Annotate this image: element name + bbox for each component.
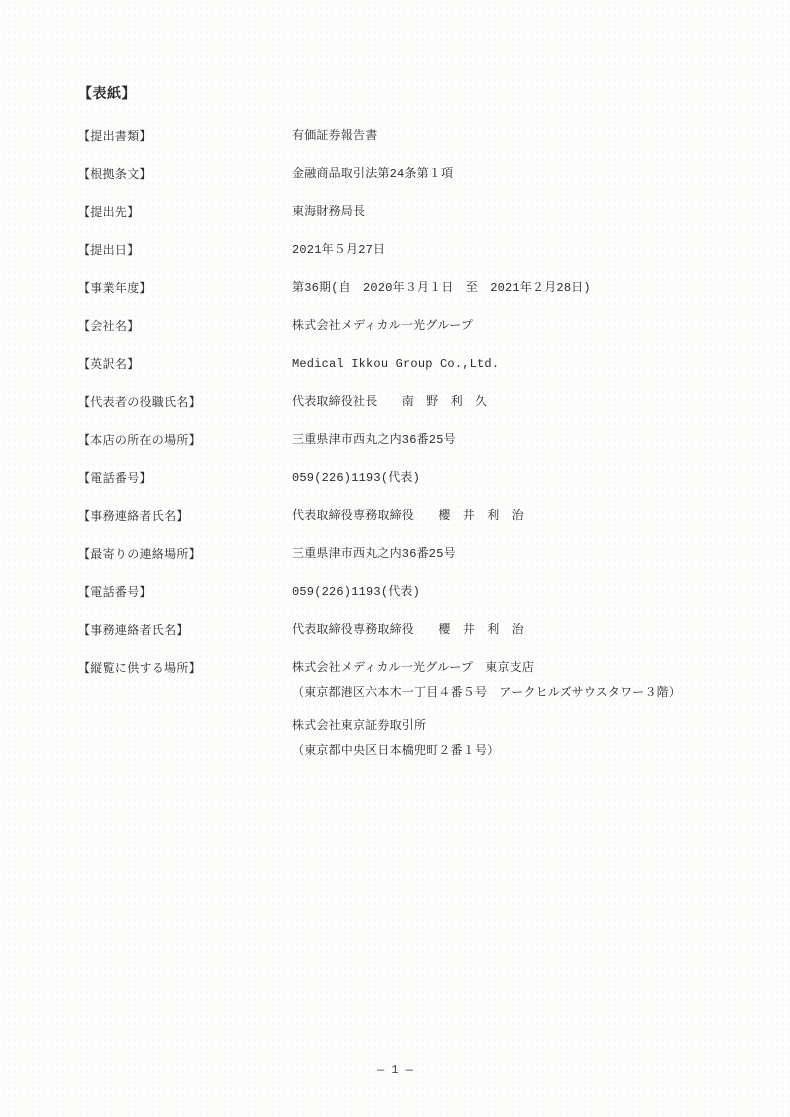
inspection-place-address: （東京都港区六本木一丁目４番５号 アークヒルズサウスタワー３階）	[292, 685, 734, 701]
field-label: 【根拠条文】	[78, 166, 292, 182]
inspection-place-tokyo-branch: 株式会社メディカル一光グループ 東京支店 （東京都港区六本木一丁目４番５号 アー…	[292, 660, 734, 701]
field-row-moyori-renraku: 【最寄りの連絡場所】 三重県津市西丸之内36番25号	[78, 546, 734, 562]
field-value: 059(226)1193(代表)	[292, 584, 734, 600]
field-value: 三重県津市西丸之内36番25号	[292, 546, 734, 562]
field-value: 代表取締役社長 南 野 利 久	[292, 394, 734, 410]
field-value-multiline: 株式会社メディカル一光グループ 東京支店 （東京都港区六本木一丁目４番５号 アー…	[292, 660, 734, 759]
field-row-denwa-bango-2: 【電話番号】 059(226)1193(代表)	[78, 584, 734, 600]
field-row-juran-basho: 【縦覧に供する場所】 株式会社メディカル一光グループ 東京支店 （東京都港区六本…	[78, 660, 734, 759]
field-label: 【提出先】	[78, 204, 292, 220]
field-value: 金融商品取引法第24条第１項	[292, 166, 734, 182]
field-row-denwa-bango-1: 【電話番号】 059(226)1193(代表)	[78, 470, 734, 486]
field-label: 【事業年度】	[78, 280, 292, 296]
field-value: 有価証券報告書	[292, 128, 734, 144]
page-number: ― 1 ―	[0, 1062, 790, 1078]
field-row-kaisha-mei: 【会社名】 株式会社メディカル一光グループ	[78, 318, 734, 334]
field-row-teishutsu-saki: 【提出先】 東海財務局長	[78, 204, 734, 220]
field-row-teishutsu-bi: 【提出日】 2021年５月27日	[78, 242, 734, 258]
field-row-jigyo-nendo: 【事業年度】 第36期(自 2020年３月１日 至 2021年２月28日)	[78, 280, 734, 296]
field-row-honten-shozai: 【本店の所在の場所】 三重県津市西丸之内36番25号	[78, 432, 734, 448]
field-row-teishutsu-shorui: 【提出書類】 有価証券報告書	[78, 128, 734, 144]
field-row-jimu-renrakusha-1: 【事務連絡者氏名】 代表取締役専務取締役 櫻 井 利 治	[78, 508, 734, 524]
field-row-daihyosha: 【代表者の役職氏名】 代表取締役社長 南 野 利 久	[78, 394, 734, 410]
field-label: 【電話番号】	[78, 470, 292, 486]
field-value: 2021年５月27日	[292, 242, 734, 258]
inspection-place-address: （東京都中央区日本橋兜町２番１号）	[292, 743, 734, 759]
field-value: 株式会社メディカル一光グループ	[292, 318, 734, 334]
field-label: 【本店の所在の場所】	[78, 432, 292, 448]
inspection-place-name: 株式会社メディカル一光グループ 東京支店	[292, 660, 734, 676]
field-label: 【縦覧に供する場所】	[78, 660, 292, 676]
field-label: 【最寄りの連絡場所】	[78, 546, 292, 562]
inspection-place-name: 株式会社東京証券取引所	[292, 718, 734, 734]
field-label: 【会社名】	[78, 318, 292, 334]
document-page: 【表紙】 【提出書類】 有価証券報告書 【根拠条文】 金融商品取引法第24条第１…	[0, 0, 790, 1117]
field-label: 【提出日】	[78, 242, 292, 258]
field-row-jimu-renrakusha-2: 【事務連絡者氏名】 代表取締役専務取締役 櫻 井 利 治	[78, 622, 734, 638]
field-value: 代表取締役専務取締役 櫻 井 利 治	[292, 508, 734, 524]
field-label: 【電話番号】	[78, 584, 292, 600]
field-label: 【事務連絡者氏名】	[78, 622, 292, 638]
inspection-place-tse: 株式会社東京証券取引所 （東京都中央区日本橋兜町２番１号）	[292, 718, 734, 759]
cover-page-content: 【表紙】 【提出書類】 有価証券報告書 【根拠条文】 金融商品取引法第24条第１…	[78, 86, 734, 781]
field-value: 059(226)1193(代表)	[292, 470, 734, 486]
field-row-eiyaku-mei: 【英訳名】 Medical Ikkou Group Co.,Ltd.	[78, 356, 734, 372]
section-title: 【表紙】	[78, 86, 734, 104]
field-value: Medical Ikkou Group Co.,Ltd.	[292, 356, 734, 372]
field-label: 【英訳名】	[78, 356, 292, 372]
field-label: 【代表者の役職氏名】	[78, 394, 292, 410]
field-label: 【提出書類】	[78, 128, 292, 144]
field-label: 【事務連絡者氏名】	[78, 508, 292, 524]
field-value: 第36期(自 2020年３月１日 至 2021年２月28日)	[292, 280, 734, 296]
field-value: 東海財務局長	[292, 204, 734, 220]
field-value: 三重県津市西丸之内36番25号	[292, 432, 734, 448]
field-value: 代表取締役専務取締役 櫻 井 利 治	[292, 622, 734, 638]
field-row-konkyo-jobun: 【根拠条文】 金融商品取引法第24条第１項	[78, 166, 734, 182]
